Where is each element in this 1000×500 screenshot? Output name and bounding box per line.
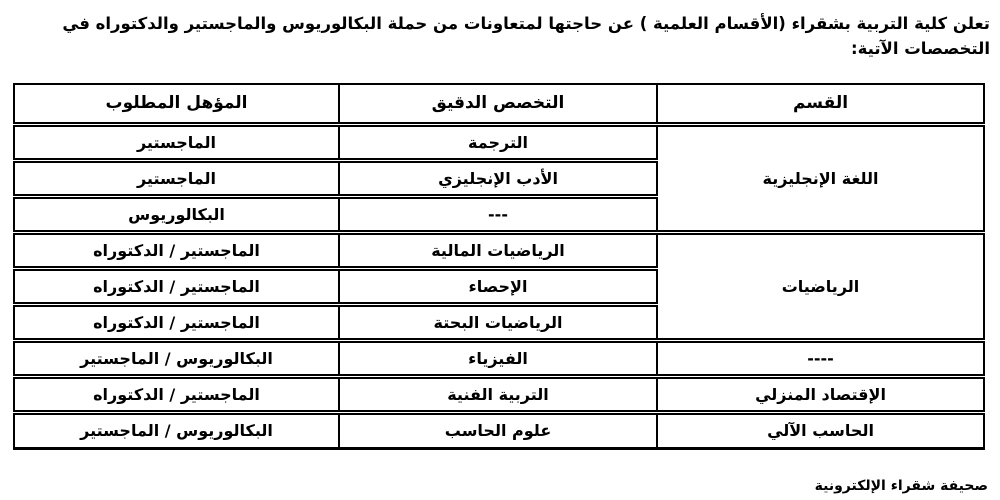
- table-row: الحاسب الآلي علوم الحاسب البكالوريوس / ا…: [14, 412, 984, 448]
- department-cell: اللغة الإنجليزية: [657, 124, 984, 232]
- qualification-cell: الماجستير / الدكتوراه: [14, 232, 339, 268]
- specialization-cell: ---: [339, 196, 657, 232]
- table-row: ---- الفيزياء البكالوريوس / الماجستير: [14, 340, 984, 376]
- specialization-cell: الرياضيات المالية: [339, 232, 657, 268]
- specializations-table: القسم التخصص الدقيق المؤهل المطلوب اللغة…: [13, 83, 985, 450]
- specialization-cell: الأدب الإنجليزي: [339, 160, 657, 196]
- department-cell: الإقتصاد المنزلي: [657, 376, 984, 412]
- header-specialization: التخصص الدقيق: [339, 84, 657, 124]
- department-cell: ----: [657, 340, 984, 376]
- qualification-cell: البكالوريوس: [14, 196, 339, 232]
- qualification-cell: البكالوريوس / الماجستير: [14, 412, 339, 448]
- table-row: الإقتصاد المنزلي التربية الفنية الماجستي…: [14, 376, 984, 412]
- qualification-cell: الماجستير: [14, 124, 339, 160]
- specialization-cell: التربية الفنية: [339, 376, 657, 412]
- table-row: اللغة الإنجليزية الترجمة الماجستير: [14, 124, 984, 160]
- header-department: القسم: [657, 84, 984, 124]
- qualification-cell: الماجستير / الدكتوراه: [14, 268, 339, 304]
- specialization-cell: الترجمة: [339, 124, 657, 160]
- table-row: الرياضيات الرياضيات المالية الماجستير / …: [14, 232, 984, 268]
- specialization-cell: الرياضيات البحتة: [339, 304, 657, 340]
- qualification-cell: الماجستير / الدكتوراه: [14, 304, 339, 340]
- header-qualification: المؤهل المطلوب: [14, 84, 339, 124]
- specialization-cell: الفيزياء: [339, 340, 657, 376]
- table-header-row: القسم التخصص الدقيق المؤهل المطلوب: [14, 84, 984, 124]
- qualification-cell: الماجستير / الدكتوراه: [14, 376, 339, 412]
- announcement-title: تعلن كلية التربية بشقراء (الأقسام العلمي…: [8, 12, 990, 62]
- source-credit: صحيفة شقراء الإلكترونية: [815, 478, 988, 494]
- qualification-cell: الماجستير: [14, 160, 339, 196]
- department-cell: الرياضيات: [657, 232, 984, 340]
- department-cell: الحاسب الآلي: [657, 412, 984, 448]
- specialization-cell: الإحصاء: [339, 268, 657, 304]
- announcement-page: تعلن كلية التربية بشقراء (الأقسام العلمي…: [0, 0, 1000, 500]
- specialization-cell: علوم الحاسب: [339, 412, 657, 448]
- qualification-cell: البكالوريوس / الماجستير: [14, 340, 339, 376]
